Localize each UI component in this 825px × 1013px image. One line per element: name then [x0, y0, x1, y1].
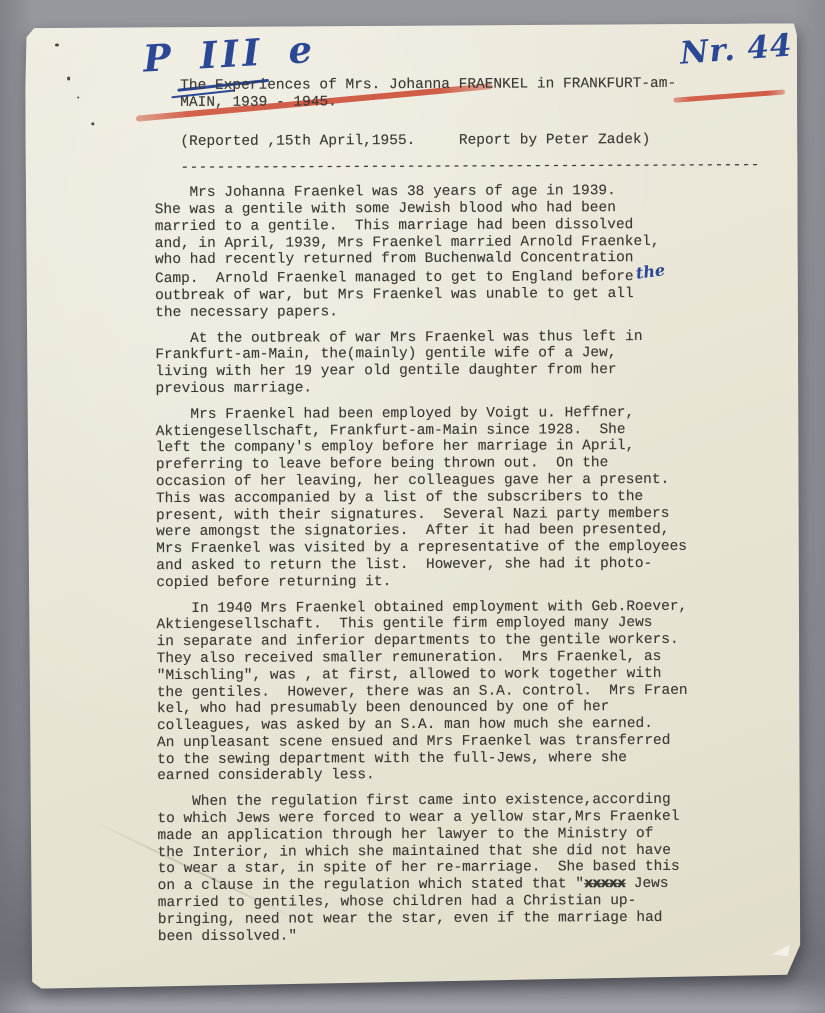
paragraph-5: When the regulation first came into exis…: [157, 792, 808, 946]
classification-mark: P III e: [142, 27, 317, 81]
corner-fold: [772, 942, 789, 956]
paper-sheet: P III e Nr. 44 The Experiences of Mrs. J…: [25, 23, 801, 988]
paragraph-3: Mrs Fraenkel had been employed by Voigt …: [156, 404, 807, 592]
paper-speck: [67, 76, 70, 80]
paper-speck: [91, 122, 94, 125]
paragraph-1-text: Mrs Johanna Fraenkel was 38 years of age…: [155, 183, 660, 287]
paragraph-2: At the outbreak of war Mrs Fraenkel was …: [155, 328, 805, 398]
handwritten-insertion-the: the: [635, 262, 666, 282]
paragraph-4: In 1940 Mrs Fraenkel obtained employment…: [156, 598, 807, 786]
paragraph-1: Mrs Johanna Fraenkel was 38 years of age…: [155, 182, 806, 321]
dashed-separator: ----------------------------------------…: [180, 158, 804, 178]
paper-speck: [77, 96, 79, 98]
document-number-mark: Nr. 44: [679, 27, 794, 71]
typed-text-block: The Experiences of Mrs. Johanna FRAENKEL…: [154, 75, 808, 954]
document-header: The Experiences of Mrs. Johanna FRAENKEL…: [180, 75, 804, 177]
scanned-document-scene: P III e Nr. 44 The Experiences of Mrs. J…: [0, 0, 825, 1013]
struck-out-word: xxxxx: [584, 876, 625, 892]
report-byline: (Reported ,15th April,1955. Report by Pe…: [180, 131, 804, 151]
document-title: The Experiences of Mrs. Johanna FRAENKEL…: [180, 75, 804, 111]
paper-speck: [55, 44, 59, 47]
